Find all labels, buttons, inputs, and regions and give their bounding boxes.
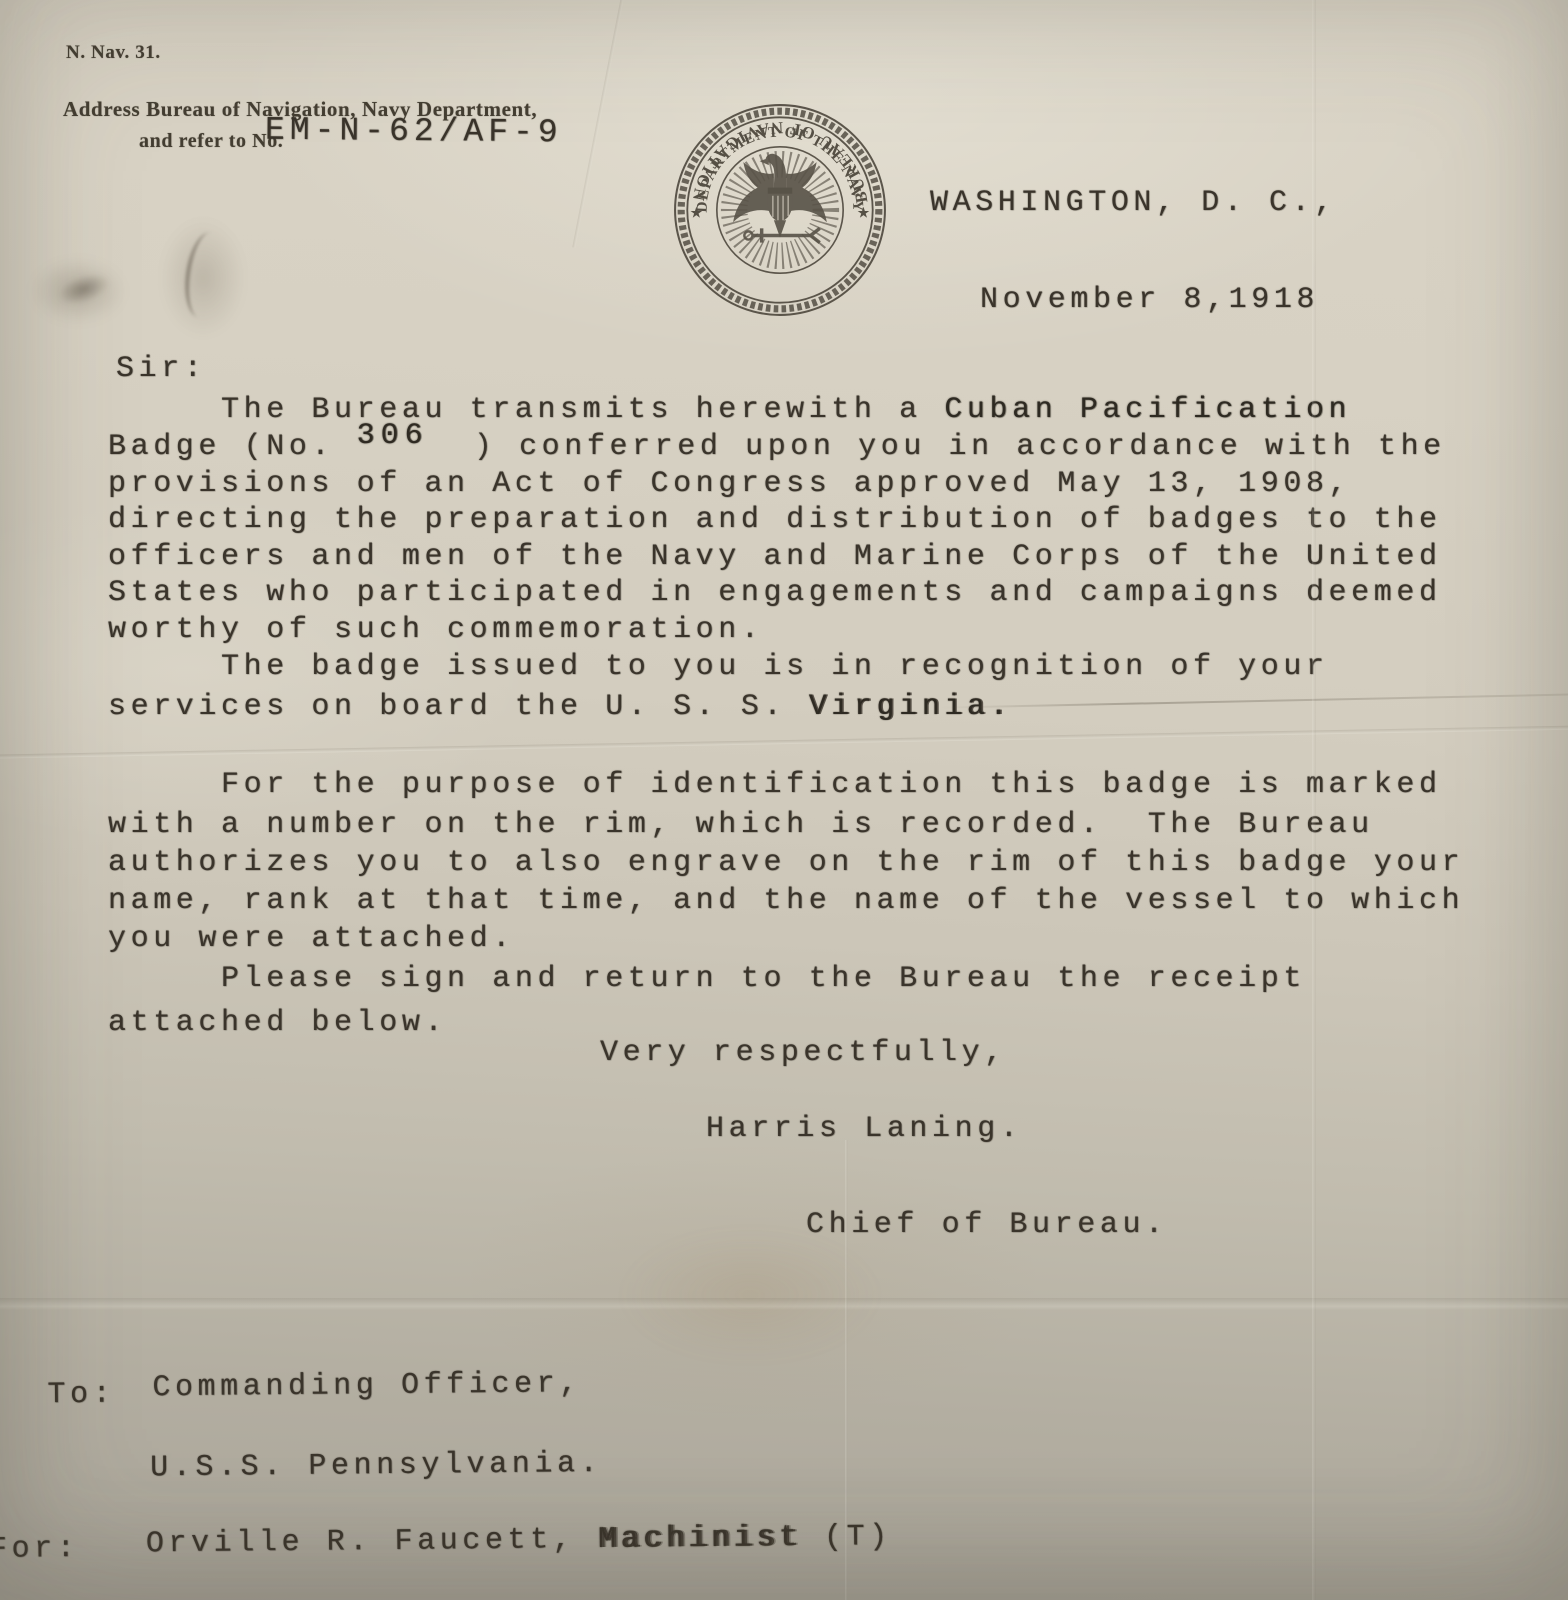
for-name: Orville R. Faucett, <box>146 1523 598 1561</box>
to-label: To: <box>47 1378 115 1413</box>
for-recipient: Orville R. Faucett, Machinist (T) <box>146 1520 892 1561</box>
footer-address-block: To: Commanding Officer, U.S.S. Pennsylva… <box>0 0 1568 1600</box>
for-suffix: (T) <box>801 1520 892 1555</box>
paper-stain <box>620 1230 880 1360</box>
to-ship: U.S.S. Pennsylvania. <box>150 1447 602 1485</box>
for-rank: Machinist <box>598 1521 802 1557</box>
for-label: For: <box>0 1532 80 1567</box>
letter-photo: N. Nav. 31. Address Bureau of Navigation… <box>0 0 1568 1600</box>
to-recipient: Commanding Officer, <box>152 1367 582 1405</box>
